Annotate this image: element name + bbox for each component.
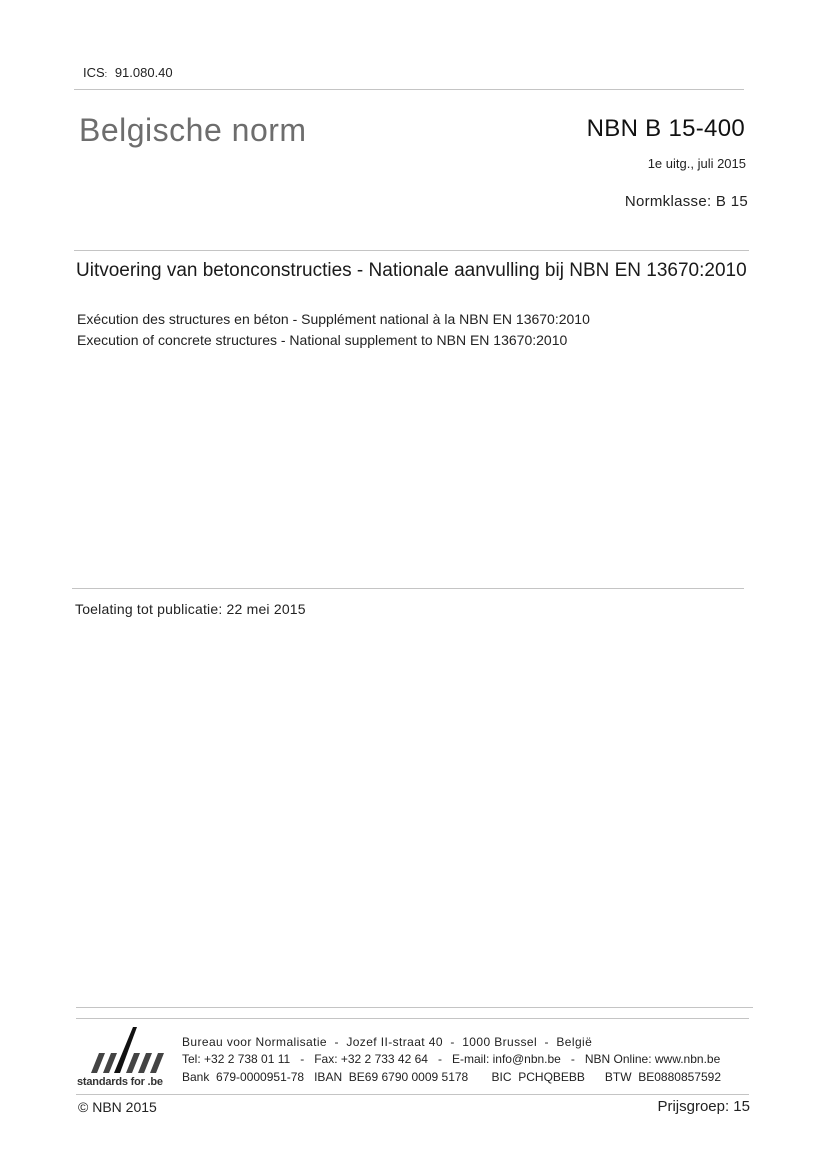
price-group: Prijsgroep: 15 — [657, 1098, 750, 1115]
norm-class: Normklasse: B 15 — [625, 193, 748, 210]
address-line: Bureau voor Normalisatie - Jozef II-stra… — [182, 1035, 592, 1049]
footer-divider-bottom — [76, 1094, 749, 1095]
title-divider — [74, 250, 749, 251]
title-french: Exécution des structures en béton - Supp… — [77, 311, 590, 327]
header-divider — [74, 89, 744, 90]
title-english: Execution of concrete structures - Natio… — [77, 332, 567, 348]
title-dutch: Uitvoering van betonconstructies - Natio… — [76, 259, 756, 282]
edition-info: 1e uitg., juli 2015 — [648, 156, 746, 171]
bank-line: Bank 679-0000951-78 IBAN BE69 6790 0009 … — [182, 1070, 721, 1084]
approval-divider — [72, 588, 744, 589]
ics-code: 91.080.40 — [115, 65, 173, 80]
document-type: Belgische norm — [79, 112, 307, 149]
contact-line: Tel: +32 2 738 01 11 - Fax: +32 2 733 42… — [182, 1052, 720, 1066]
standard-number: NBN B 15-400 — [587, 115, 745, 143]
copyright: © NBN 2015 — [78, 1099, 157, 1115]
ics-separator: : — [105, 69, 108, 79]
footer-divider-second — [76, 1018, 749, 1019]
ics-label: ICS — [83, 65, 105, 80]
ics-classification: ICS: 91.080.40 — [83, 65, 173, 80]
logo-tagline: standards for .be — [77, 1076, 163, 1088]
approval-date: Toelating tot publicatie: 22 mei 2015 — [75, 601, 306, 617]
footer-divider-top — [76, 1007, 753, 1008]
